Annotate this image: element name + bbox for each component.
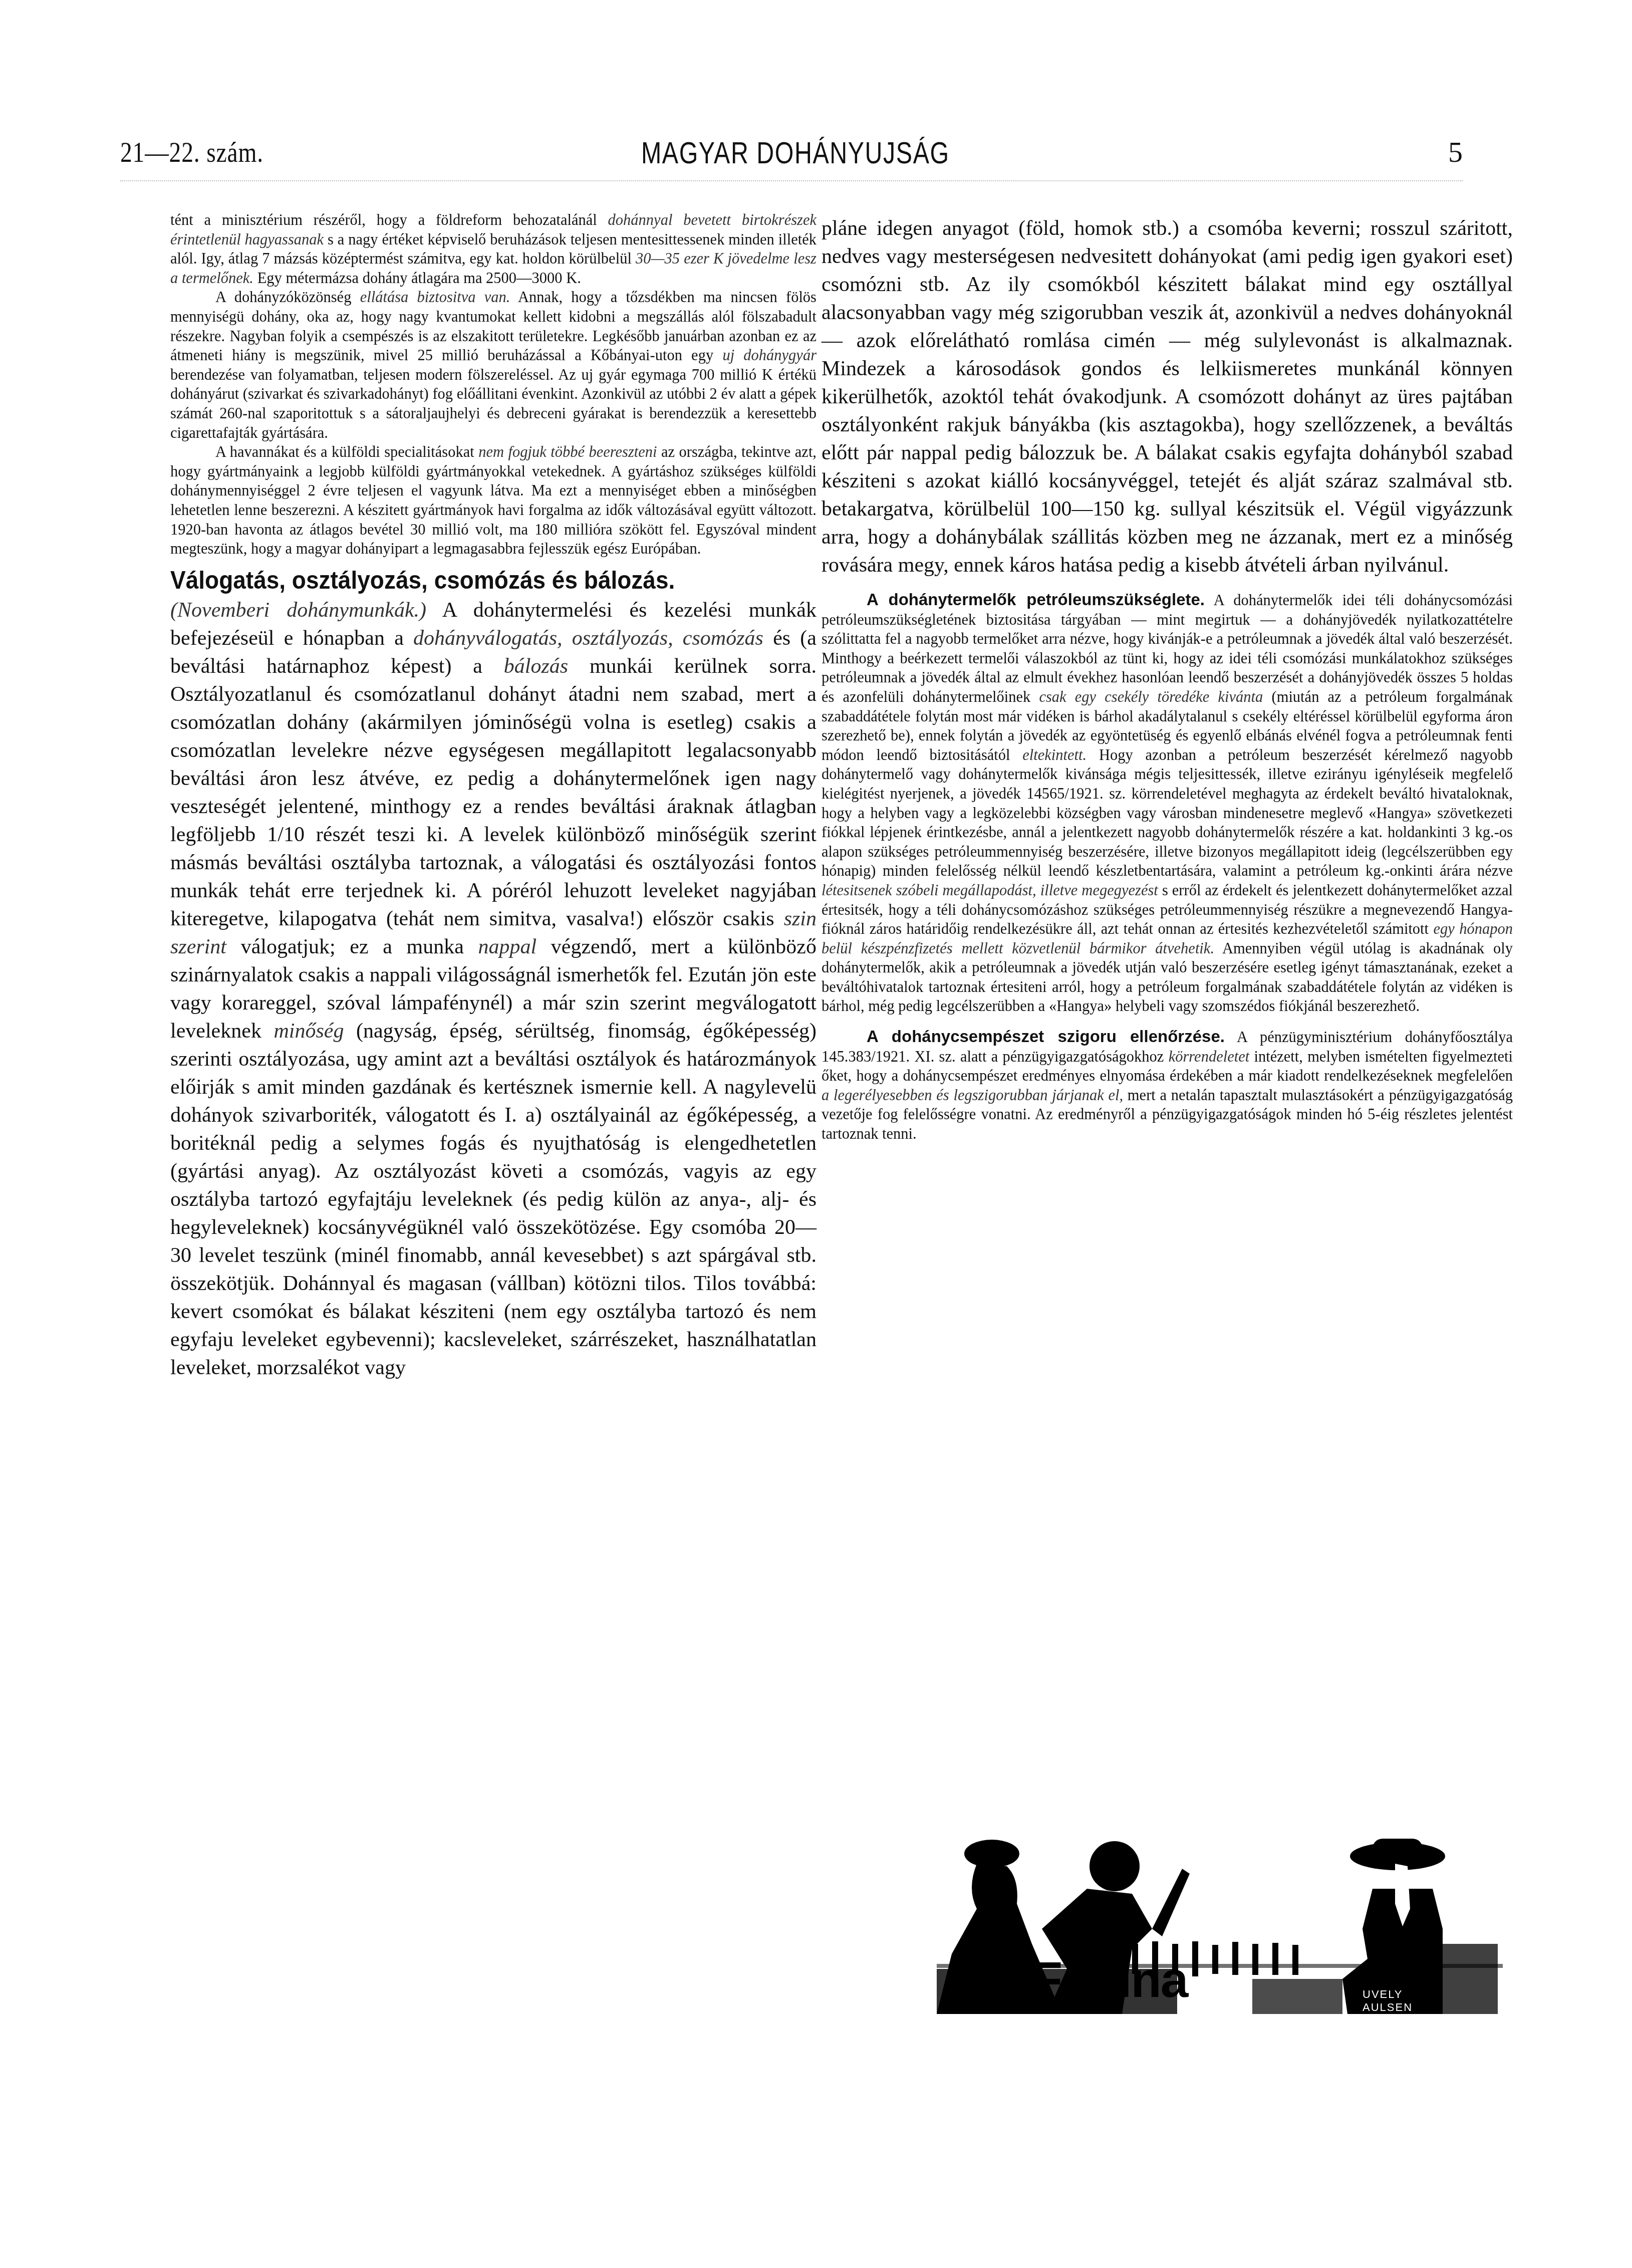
italic-run: minőség — [274, 1020, 344, 1043]
text-run: berendezése van folyamatban, teljesen mo… — [170, 366, 817, 441]
text-run: A dohányzóközönség — [215, 289, 360, 306]
article-subtitle: (Novemberi dohánymunkák.) — [170, 599, 426, 622]
italic-run: eltekintett. — [1022, 746, 1086, 764]
italic-run: ellátása biztositva van. — [360, 289, 510, 306]
artist-line: UVELY — [1363, 1988, 1413, 2001]
page-header: 21—22. szám. MAGYAR DOHÁNYUJSÁG 5 — [120, 135, 1463, 180]
text-run: válogatjuk; ez a munka — [226, 935, 478, 958]
left-column: tént a minisztérium részéről, hogy a föl… — [170, 210, 817, 1382]
text-run: az országba, tekintve azt, hogy gyártmán… — [170, 443, 817, 557]
italic-run: dohányválogatás, osztályozás, csomózás — [413, 627, 763, 650]
page-number: 5 — [1448, 135, 1463, 169]
italic-run: körrendeletet — [1169, 1048, 1249, 1065]
sorting-continued-paragraph: pláne idegen anyagot (föld, homok stb.) … — [822, 214, 1513, 579]
supply-paragraph: A dohányzóközönség ellátása biztositva v… — [170, 288, 817, 442]
italic-run: csak egy csekély töredéke kivánta — [1039, 688, 1263, 705]
article-headline: A dohánytermelők petróleumszükséglete. — [867, 590, 1205, 609]
italic-run: bálozás — [504, 655, 568, 678]
advertisement-artist-signature: UVELY AULSEN — [1363, 1988, 1413, 2014]
text-run: tént a minisztérium részéről, hogy a föl… — [170, 211, 608, 228]
spacer — [822, 579, 1513, 590]
havana-paragraph: A havannákat és a külföldi specialitások… — [170, 442, 817, 559]
text-run: munkái kerülnek sorra. Osztályozatlanul … — [170, 655, 817, 930]
right-column: pláne idegen anyagot (föld, homok stb.) … — [822, 210, 1513, 1144]
text-run: Egy métermázsa dohány átlagára ma 2500—3… — [253, 270, 581, 287]
advertisement-brand: Fanina — [1032, 1951, 1187, 2009]
sorting-article: Válogatás, osztályozás, csomózás és bálo… — [170, 562, 817, 1382]
petroleum-article: A dohánytermelők petróleumszükséglete. A… — [822, 590, 1513, 1016]
header-divider — [120, 180, 1463, 181]
text-run: (nagyság, épség, sérültség, finomság, ég… — [170, 1020, 817, 1379]
italic-run: uj dohánygyár — [722, 347, 817, 364]
intro-paragraph: tént a minisztérium részéről, hogy a föl… — [170, 210, 817, 288]
publication-title: MAGYAR DOHÁNYUJSÁG — [641, 135, 950, 171]
italic-run: nappal — [478, 935, 536, 958]
text-run: Hogy azonban a petróleum beszerzését kér… — [822, 746, 1513, 880]
article-headline: Válogatás, osztályozás, csomózás és bálo… — [170, 566, 675, 595]
italic-run: nem fogjuk többé beereszteni — [478, 443, 657, 460]
text-run: A havannákat és a külföldi specialitások… — [215, 443, 478, 460]
spacer — [822, 1016, 1513, 1027]
italic-run: a legerélyesebben és legszigorubban járj… — [822, 1087, 1123, 1104]
cigarette-advertisement: Fanina UVELY AULSEN — [852, 1829, 1503, 2019]
artist-line: AULSEN — [1363, 2001, 1413, 2014]
issue-number: 21—22. szám. — [120, 135, 263, 169]
article-headline: A dohánycsempészet szigoru ellenőrzése. — [867, 1027, 1225, 1046]
italic-run: létesitsenek szóbeli megállapodást, ille… — [822, 882, 1158, 899]
smuggling-article: A dohánycsempészet szigoru ellenőrzése. … — [822, 1027, 1513, 1144]
